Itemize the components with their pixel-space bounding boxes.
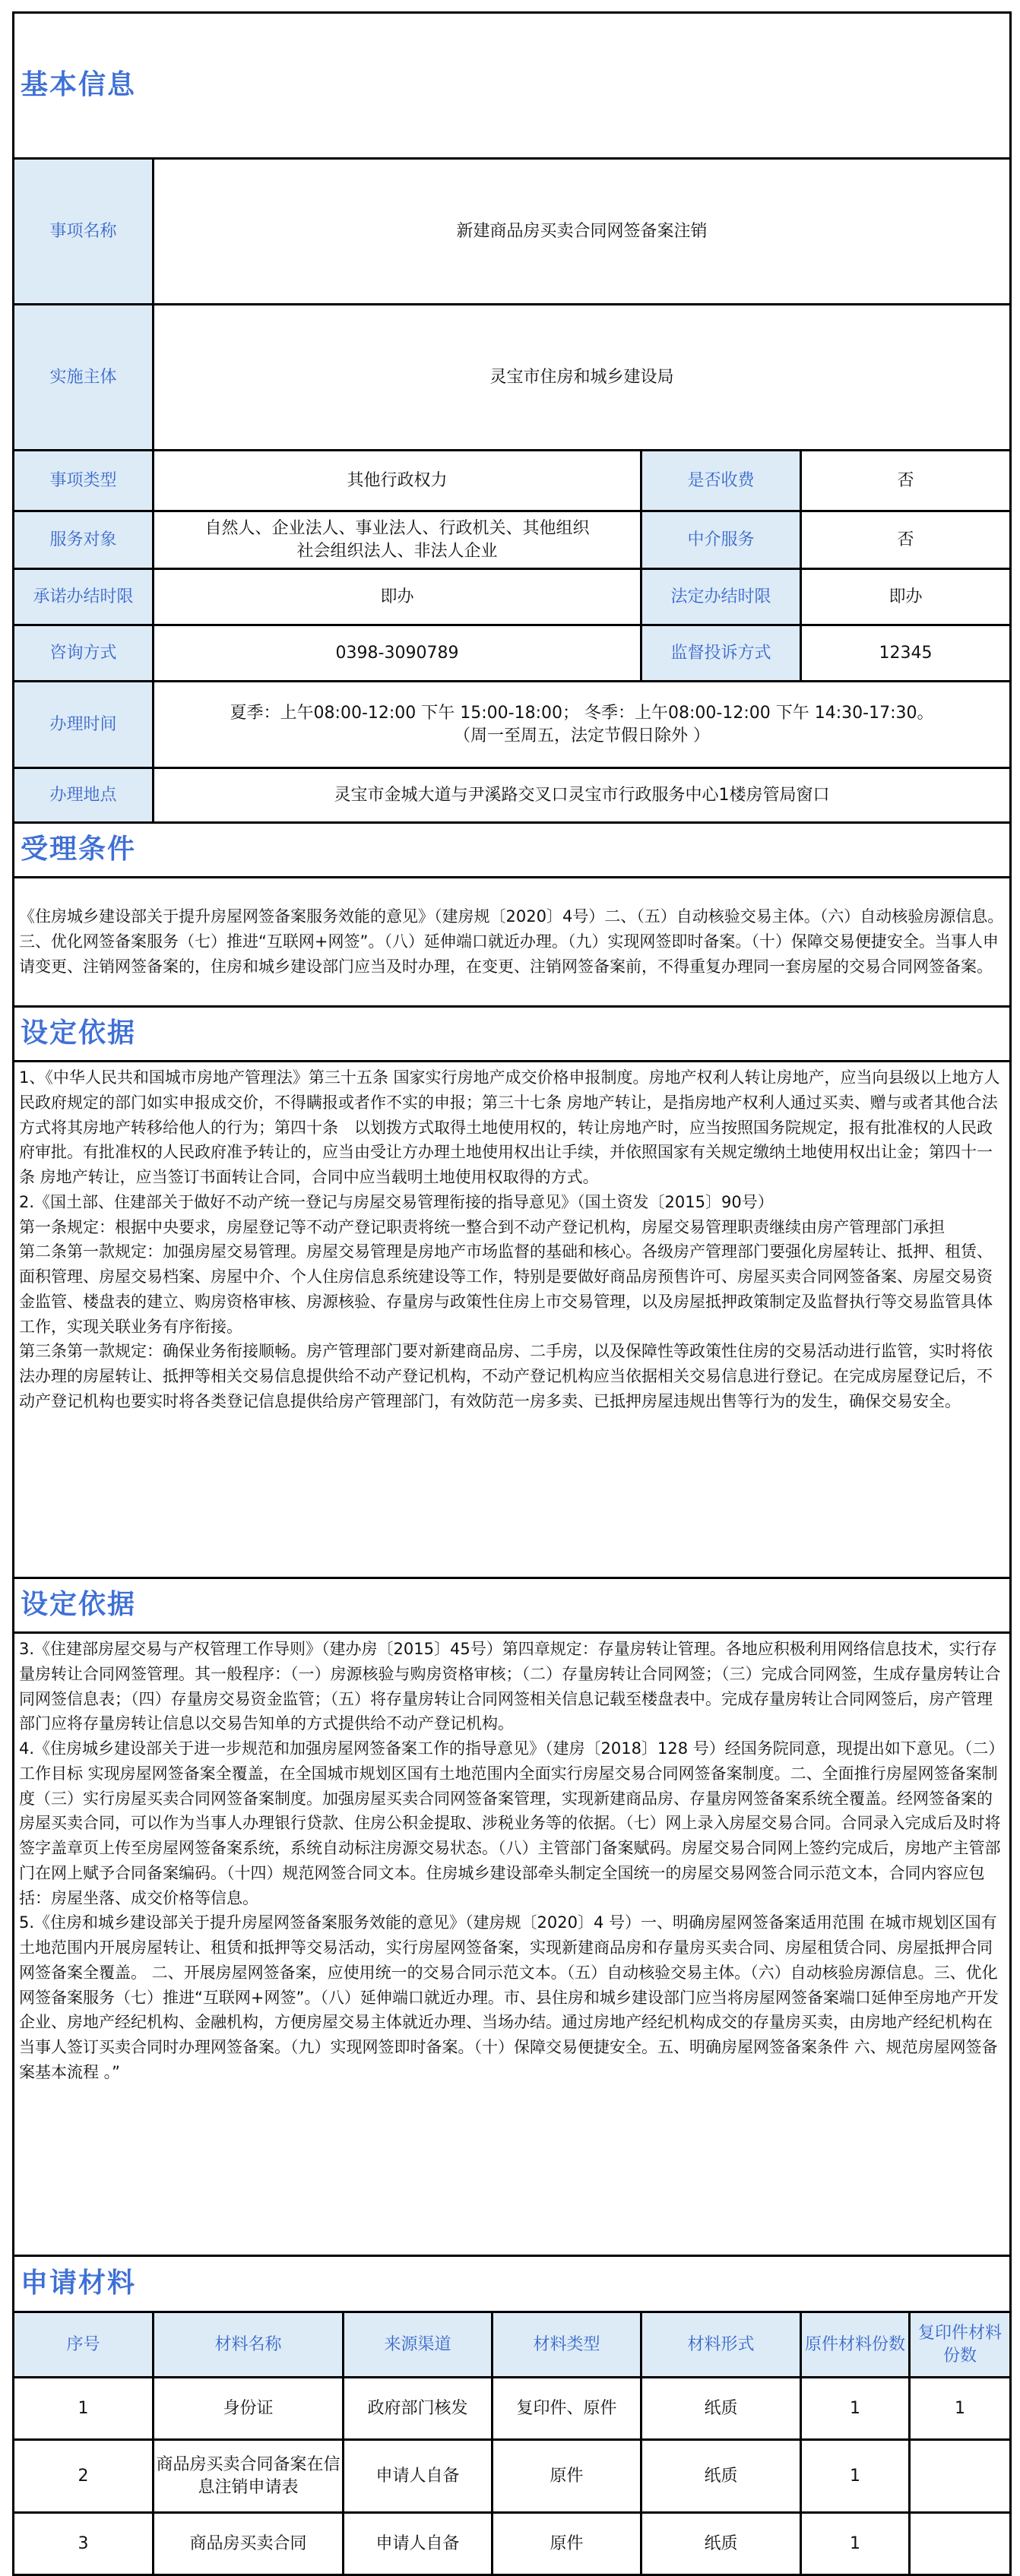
cell-source: 申请人自备 [344,2440,493,2513]
service-target-line2: 社会组织法人、非法人企业 [154,540,640,563]
cell-source: 政府部门核发 [344,2378,493,2440]
materials-header-row: 序号 材料名称 来源渠道 材料类型 材料形式 原件材料份数 复印件材料份数 [14,2312,1011,2378]
value-complaint: 12345 [801,625,1011,682]
basis-1-para-4: 第二条第一款规定：加强房屋交易管理。房屋交易管理是房地产市场监督的基础和核心。各… [19,1239,1005,1339]
hours-line2: （周一至周五，法定节假日除外 ） [154,725,1009,748]
cell-form: 纸质 [641,2440,801,2513]
cell-original-count: 1 [801,2440,910,2513]
cell-source: 申请人自备 [344,2513,493,2575]
value-promised-limit: 即办 [154,569,641,625]
basis-1-para-5: 第三条第一款规定：确保业务衔接顺畅。房产管理部门要对新建商品房、二手房，以及保障… [19,1339,1005,1413]
cell-name: 身份证 [154,2378,344,2440]
cell-name: 商品房买卖合同备案在信息注销申请表 [154,2440,344,2513]
value-legal-limit: 即办 [801,569,1011,625]
basis-1-para-2: 2.《国土部、住建部关于做好不动产统一登记与房屋交易管理衔接的指导意见》（国土资… [19,1190,1005,1215]
value-location: 灵宝市金城大道与尹溪路交叉口灵宝市行政服务中心1楼房管局窗口 [154,768,1011,823]
basis-1-para-3: 第一条规定：根据中央要求，房屋登记等不动产登记职责将统一整合到不动产登记机构，房… [19,1215,1005,1240]
value-service-target: 自然人、企业法人、事业法人、行政机关、其他组织 社会组织法人、非法人企业 [154,511,641,569]
cell-copy-count: 1 [910,2378,1011,2440]
cell-original-count: 1 [801,2378,910,2440]
cell-original-count: 1 [801,2513,910,2575]
label-implementer: 实施主体 [14,305,154,451]
cell-no: 2 [14,2440,154,2513]
basis-2-para-2: 4.《住房城乡建设部关于进一步规范和加强房屋网签备案工作的指导意见》（建房〔20… [19,1736,1005,1910]
label-item-type: 事项类型 [14,451,154,511]
label-location: 办理地点 [14,768,154,823]
value-agency: 否 [801,511,1011,569]
section-title-basis-2: 设定依据 [14,1578,1011,1633]
label-fee: 是否收费 [641,451,801,511]
acceptance-text: 《住房城乡建设部关于提升房屋网签备案服务效能的意见》（建房规〔2020〕4号）二… [14,878,1011,1007]
value-consult: 0398-3090789 [154,625,641,682]
value-hours: 夏季：上午08:00-12:00 下午 15:00-18:00； 冬季：上午08… [154,682,1011,768]
label-agency: 中介服务 [641,511,801,569]
section-title-materials: 申请材料 [14,2256,1011,2312]
table-row: 3 商品房买卖合同 申请人自备 原件 纸质 1 [14,2513,1011,2575]
label-hours: 办理时间 [14,682,154,768]
basis-2-para-1: 3.《住建部房屋交易与产权管理工作导则》（建办房〔2015〕45号）第四章规定：… [19,1637,1005,1736]
label-item-name: 事项名称 [14,159,154,305]
label-consult: 咨询方式 [14,625,154,682]
hours-line1: 夏季：上午08:00-12:00 下午 15:00-18:00； 冬季：上午08… [154,702,1009,725]
cell-type: 复印件、原件 [493,2378,641,2440]
service-target-line1: 自然人、企业法人、事业法人、行政机关、其他组织 [154,517,640,540]
header-type: 材料类型 [493,2312,641,2378]
table-row: 1 身份证 政府部门核发 复印件、原件 纸质 1 1 [14,2378,1011,2440]
cell-type: 原件 [493,2513,641,2575]
value-item-type: 其他行政权力 [154,451,641,511]
table-row: 2 商品房买卖合同备案在信息注销申请表 申请人自备 原件 纸质 1 [14,2440,1011,2513]
value-fee: 否 [801,451,1011,511]
cell-type: 原件 [493,2440,641,2513]
cell-copy-count [910,2513,1011,2575]
header-original-count: 原件材料份数 [801,2312,910,2378]
cell-copy-count [910,2440,1011,2513]
value-implementer: 灵宝市住房和城乡建设局 [154,305,1011,451]
label-complaint: 监督投诉方式 [641,625,801,682]
section-title-acceptance: 受理条件 [14,823,1011,878]
info-table: 基本信息 事项名称 新建商品房买卖合同网签备案注销 实施主体 灵宝市住房和城乡建… [12,11,1012,2576]
basis-2-text: 3.《住建部房屋交易与产权管理工作导则》（建办房〔2015〕45号）第四章规定：… [14,1633,1011,2256]
label-service-target: 服务对象 [14,511,154,569]
header-name: 材料名称 [154,2312,344,2378]
header-no: 序号 [14,2312,154,2378]
header-copy-count: 复印件材料份数 [910,2312,1011,2378]
basis-1-para-1: 1、《中华人民共和国城市房地产管理法》第三十五条 国家实行房地产成交价格申报制度… [19,1065,1005,1190]
cell-form: 纸质 [641,2378,801,2440]
cell-name: 商品房买卖合同 [154,2513,344,2575]
basis-1-text: 1、《中华人民共和国城市房地产管理法》第三十五条 国家实行房地产成交价格申报制度… [14,1062,1011,1578]
cell-no: 1 [14,2378,154,2440]
header-form: 材料形式 [641,2312,801,2378]
label-promised-limit: 承诺办结时限 [14,569,154,625]
header-source: 来源渠道 [344,2312,493,2378]
value-item-name: 新建商品房买卖合同网签备案注销 [154,159,1011,305]
cell-form: 纸质 [641,2513,801,2575]
basis-2-para-3: 5.《住房和城乡建设部关于提升房屋网签备案服务效能的意见》（建房规〔2020〕4… [19,1910,1005,2084]
document: 基本信息 事项名称 新建商品房买卖合同网签备案注销 实施主体 灵宝市住房和城乡建… [12,11,1009,2576]
cell-no: 3 [14,2513,154,2575]
section-title-basic-info: 基本信息 [14,13,1011,159]
section-title-basis-1: 设定依据 [14,1007,1011,1062]
label-legal-limit: 法定办结时限 [641,569,801,625]
